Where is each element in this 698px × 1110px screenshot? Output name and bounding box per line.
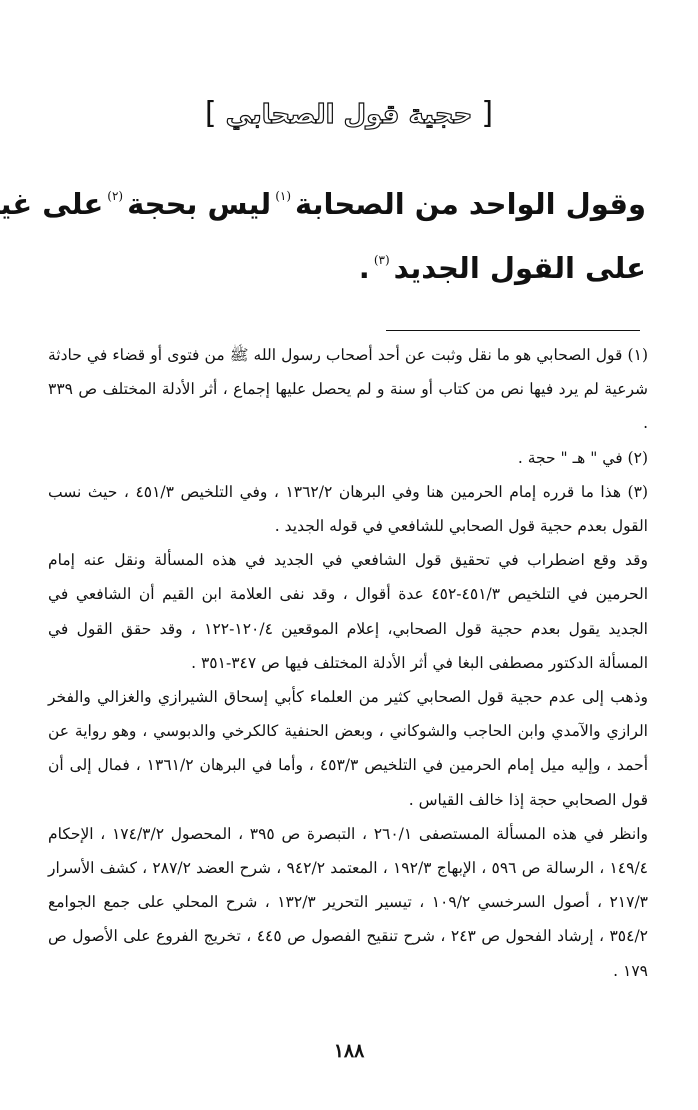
main-text-segment: على غيره <box>0 187 103 221</box>
book-page: [ حجية قول الصحابي ] وقول الواحد من الصح… <box>0 0 698 1110</box>
section-title: [ حجية قول الصحابي ] <box>0 96 698 131</box>
footnote-ref-2[interactable]: (٢) <box>107 189 123 203</box>
footnote-ref-1[interactable]: (١) <box>275 189 291 203</box>
main-text-segment: . <box>359 251 370 285</box>
footnote-1: (١) قول الصحابي هو ما نقل وثبت عن أحد أص… <box>48 338 648 441</box>
page-number: ١٨٨ <box>0 1040 698 1062</box>
footnote-3-paragraph-3: وذهب إلى عدم حجية قول الصحابي كثير من ال… <box>48 680 648 817</box>
main-text-segment: ليس بحجة <box>127 187 271 221</box>
section-title-text: حجية قول الصحابي <box>226 100 473 130</box>
footnote-3-paragraph-4: وانظر في هذه المسألة المستصفى ٢٦٠/١ ، ال… <box>48 817 648 988</box>
footnote-3-paragraph-2: وقد وقع اضطراب في تحقيق قول الشافعي في ا… <box>48 543 648 680</box>
footnote-separator <box>386 330 640 331</box>
open-bracket: [ <box>481 96 493 131</box>
main-text: وقول الواحد من الصحابة(١)ليس بحجة(٢)على … <box>46 168 646 296</box>
footnote-ref-3[interactable]: (٣) <box>374 253 390 267</box>
footnote-2: (٢) في " هـ " حجة . <box>48 441 648 475</box>
main-text-line-1: وقول الواحد من الصحابة(١)ليس بحجة(٢)على … <box>46 168 646 232</box>
main-text-segment: على القول الجديد <box>394 251 646 285</box>
footnote-3: (٣) هذا ما قرره إمام الحرمين هنا وفي الب… <box>48 475 648 543</box>
main-text-segment: وقول الواحد من الصحابة <box>295 187 646 221</box>
main-text-line-2: على القول الجديد(٣). <box>46 232 646 296</box>
close-bracket: ] <box>205 96 217 131</box>
footnotes: (١) قول الصحابي هو ما نقل وثبت عن أحد أص… <box>48 338 648 988</box>
